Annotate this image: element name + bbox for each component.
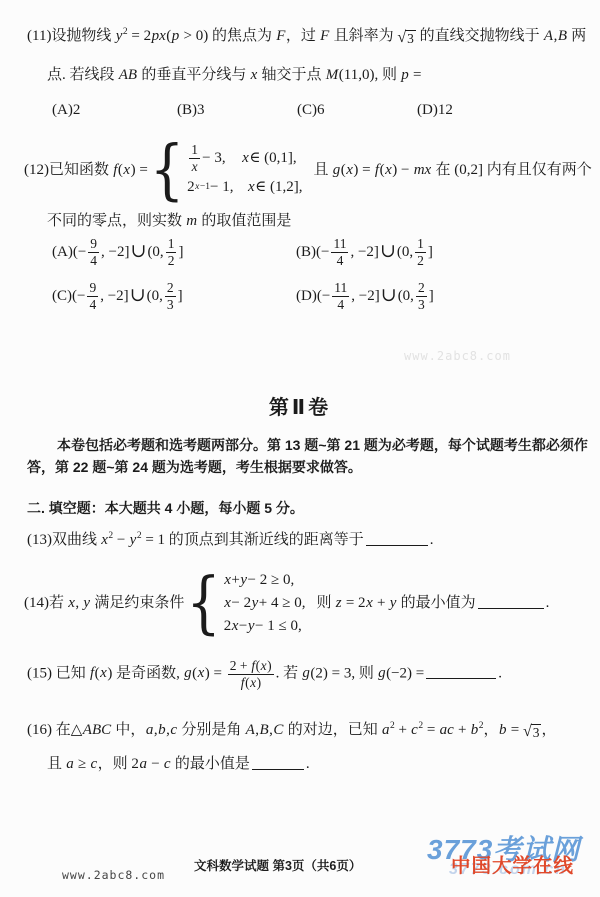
q14-case-stack: x + y − 2 ≥ 0, x − 2y + 4 ≥ 0, 2x − y − …: [224, 570, 306, 637]
q12-option-c: (C)(−94, −2]∪(0, 23]: [52, 280, 183, 312]
q13-line: (13)双曲线 x2 − y2 = 1 的顶点到其渐近线的距离等于.: [27, 529, 434, 551]
left-brace: {: [186, 575, 220, 632]
q11-option-b: (B)3: [177, 99, 205, 121]
q11-option-a: (A)2: [52, 99, 80, 121]
option-value: (−114, −2]∪(0, 12]: [316, 236, 433, 268]
q11-option-c: (C)6: [297, 99, 325, 121]
q12-option-d: (D)(−114, −2]∪(0, 23]: [296, 280, 434, 312]
option-label: (D): [417, 99, 438, 121]
option-label: (C): [52, 285, 72, 307]
q14-suffix: 则 z = 2x + y 的最小值为.: [316, 592, 549, 614]
q12-option-b: (B)(−114, −2]∪(0, 12]: [296, 236, 433, 268]
option-label: (D): [296, 285, 317, 307]
q11-line2: 点. 若线段 AB 的垂直平分线与 x 轴交于点 M(11,0), 则 p =: [47, 64, 421, 86]
footer-page-label: 文科数学试题 第3页（共6页）: [194, 856, 361, 874]
q16-line2: 且 a ≥ c，则 2a − c 的最小值是.: [47, 753, 310, 775]
section2-intro-line2: 答，第 22 题~第 24 题为选考题，考生根据要求做答。: [27, 456, 362, 478]
option-value: (−94, −2]∪(0, 23]: [72, 280, 183, 312]
q14-case-1: x + y − 2 ≥ 0,: [224, 570, 295, 591]
option-label: (A): [52, 241, 73, 263]
fill-in-header: 二. 填空题：本大题共 4 小题，每小题 5 分。: [27, 497, 304, 519]
option-label: (A): [52, 99, 73, 121]
watermark-mid: www.2abc8.com: [404, 349, 511, 363]
q12-option-a: (A)(−94, −2]∪(0, 12]: [52, 236, 183, 268]
logo-overlay-red: 中国大学在线: [451, 850, 574, 878]
q14-main-line: (14)若 x, y 满足约束条件 { x + y − 2 ≥ 0, x − 2…: [24, 562, 549, 644]
left-brace: {: [150, 142, 184, 198]
section2-title: 第Ⅱ卷: [0, 391, 600, 420]
option-value: (−94, −2]∪(0, 12]: [73, 236, 184, 268]
q12-case-1: 1x − 3,x ∈ (0,1],: [187, 142, 296, 174]
q12-options: (A)(−94, −2]∪(0, 12] (B)(−114, −2]∪(0, 1…: [0, 234, 600, 324]
option-value: 2: [73, 99, 81, 121]
q11-options: (A)2 (B)3 (C)6 (D)12: [0, 99, 600, 123]
q14-case-3: 2x − y − 1 ≤ 0,: [224, 616, 302, 637]
q15-line: (15) 已知 f(x) 是奇函数, g(x) = 2 + f(x)f(x). …: [27, 658, 502, 690]
option-label: (B): [296, 241, 316, 263]
option-value: 6: [317, 99, 325, 121]
q16-line1: (16) 在△ABC 中，a,b,c 分别是角 A,B,C 的对边，已知 a2 …: [27, 719, 556, 741]
q12-piecewise: { 1x − 3,x ∈ (0,1], 2x−1 − 1,x ∈ (1,2],: [150, 142, 303, 197]
q12-case-2: 2x−1 − 1,x ∈ (1,2],: [187, 177, 302, 198]
q14-case-2: x − 2y + 4 ≥ 0,: [224, 593, 306, 614]
q12-main-line: (12)已知函数 f(x) = { 1x − 3,x ∈ (0,1], 2x−1…: [24, 130, 592, 210]
option-value: 12: [438, 99, 453, 121]
q12-case-stack: 1x − 3,x ∈ (0,1], 2x−1 − 1,x ∈ (1,2],: [187, 142, 302, 197]
q11-option-d: (D)12: [417, 99, 453, 121]
q12-zeros-line: 不同的零点，则实数 m 的取值范围是: [47, 210, 291, 232]
q11-line1: (11)设抛物线 y2 = 2px(p > 0) 的焦点为 F，过 F 且斜率为…: [27, 25, 586, 47]
q14-prefix: (14)若 x, y 满足约束条件: [24, 592, 184, 614]
exam-page: (11)设抛物线 y2 = 2px(p > 0) 的焦点为 F，过 F 且斜率为…: [0, 0, 600, 897]
option-label: (B): [177, 99, 197, 121]
section2-intro-line1: 本卷包括必考题和选考题两部分。第 13 题~第 21 题为必考题，每个试题考生都…: [57, 434, 588, 456]
q12-suffix: 且 g(x) = f(x) − mx 在 (0,2] 内有且仅有两个: [313, 159, 591, 181]
q14-constraints: { x + y − 2 ≥ 0, x − 2y + 4 ≥ 0, 2x − y …: [186, 570, 305, 637]
footer-watermark: www.2abc8.com: [62, 868, 165, 882]
q12-prefix: (12)已知函数 f(x) =: [24, 159, 148, 181]
option-label: (C): [297, 99, 317, 121]
option-value: 3: [197, 99, 205, 121]
option-value: (−114, −2]∪(0, 23]: [317, 280, 434, 312]
